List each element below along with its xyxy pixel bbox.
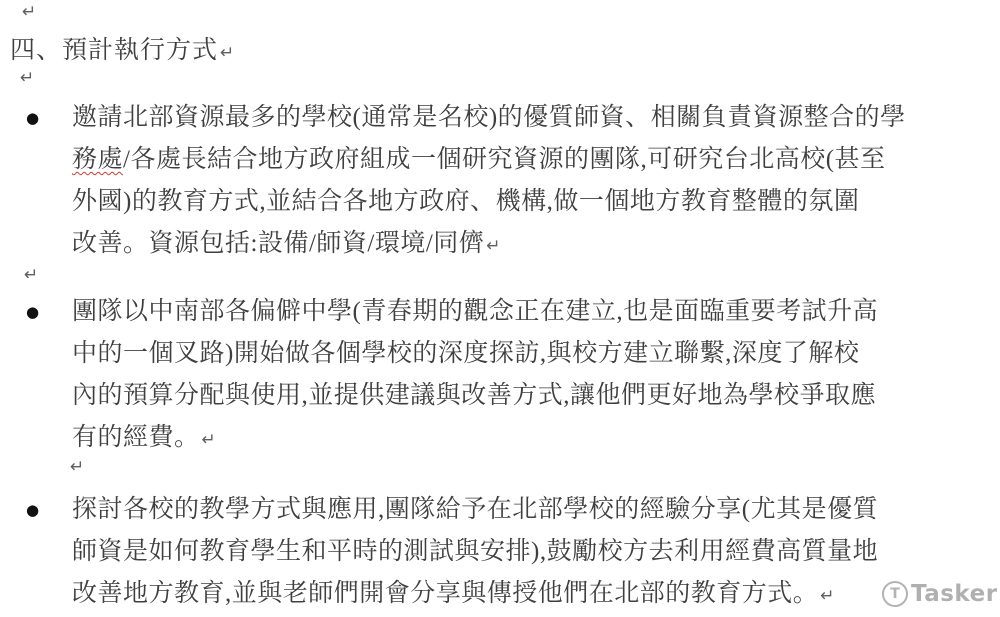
bullet-paragraph-2: ● 團隊以中南部各偏僻中學(青春期的觀念正在建立,也是面臨重要考試升高 中的一個… [0,291,1000,459]
text-run: 改善地方教育,並與老師們開會分享與傳授他們在北部的教育方式。 [72,580,818,607]
text-line: 外國)的教育方式,並結合各地方政府、機構,做一個地方教育整體的氛圍 [72,181,1000,223]
text-run: 有的經費。 [72,424,200,451]
text-line: 務處/各處長結合地方政府組成一個研究資源的團隊,可研究台北高校(甚至 [72,139,1000,181]
paragraph-mark: ↵ [220,43,235,63]
bullet-paragraph-3: ● 探討各校的教學方式與應用,團隊給予在北部學校的經驗分享(尤其是優質 師資是如… [0,489,1000,615]
paragraph-mark: ↵ [486,236,501,256]
paragraph-mark: ↵ [820,586,835,606]
text-run: 師資是如何教育學生和平時的測試與安排),鼓勵校方去利用經費高質量地 [72,538,878,565]
text-run: /各處長結合地方政府組成一個研究資源的團隊,可研究台北高校(甚至 [123,146,886,173]
text-run: 外國)的教育方式,並結合各地方政府、機構,做一個地方教育整體的氛圍 [72,188,859,215]
bullet-paragraph-1: ● 邀請北部資源最多的學校(通常是名校)的優質師資、相關負責資源整合的學 務處/… [0,97,1000,265]
misspelled-text: 務處 [72,146,123,173]
text-run: 改善。資源包括:設備/師資/環境/同儕 [72,230,484,257]
bullet-marker-icon: ● [26,501,39,519]
section-heading: 四、預計執行方式↵ [10,30,235,66]
paragraph-mark: ↵ [70,459,84,476]
text-run: 邀請北部資源最多的學校(通常是名校)的優質師資、相關負責資源整合的學 [72,104,906,131]
bullet-marker-icon: ● [26,303,39,321]
paragraph-mark: ↵ [22,4,36,21]
text-run: 中的一個叉路)開始做各個學校的深度探訪,與校方建立聯繫,深度了解校 [72,340,859,367]
tasker-brand-text: Tasker [911,581,998,607]
paragraph-mark: ↵ [24,267,38,284]
bullet-marker-icon: ● [26,109,39,127]
text-line: 團隊以中南部各偏僻中學(青春期的觀念正在建立,也是面臨重要考試升高 [72,291,1000,333]
text-line: 內的預算分配與使用,並提供建議與改善方式,讓他們更好地為學校爭取應 [72,375,1000,417]
text-line: 改善。資源包括:設備/師資/環境/同儕↵ [72,223,1000,265]
text-run: 內的預算分配與使用,並提供建議與改善方式,讓他們更好地為學校爭取應 [72,382,876,409]
text-line: 師資是如何教育學生和平時的測試與安排),鼓勵校方去利用經費高質量地 [72,531,1000,573]
document-page: ↵ 四、預計執行方式↵ ↵ ● 邀請北部資源最多的學校(通常是名校)的優質師資、… [0,0,1000,617]
text-run: 團隊以中南部各偏僻中學(青春期的觀念正在建立,也是面臨重要考試升高 [72,298,878,325]
paragraph-mark: ↵ [20,70,34,87]
text-run: 探討各校的教學方式與應用,團隊給予在北部學校的經驗分享(尤其是優質 [72,496,878,523]
text-line: 有的經費。↵ [72,417,1000,459]
paragraph-mark: ↵ [202,430,217,450]
text-line: 中的一個叉路)開始做各個學校的深度探訪,與校方建立聯繫,深度了解校 [72,333,1000,375]
section-heading-text: 四、預計執行方式 [10,37,218,64]
tasker-logo-icon: T [882,581,908,607]
tasker-watermark: T Tasker [882,581,998,607]
text-line: 探討各校的教學方式與應用,團隊給予在北部學校的經驗分享(尤其是優質 [72,489,1000,531]
text-line: 邀請北部資源最多的學校(通常是名校)的優質師資、相關負責資源整合的學 [72,97,1000,139]
text-line: 改善地方教育,並與老師們開會分享與傳授他們在北部的教育方式。↵ [72,573,1000,615]
